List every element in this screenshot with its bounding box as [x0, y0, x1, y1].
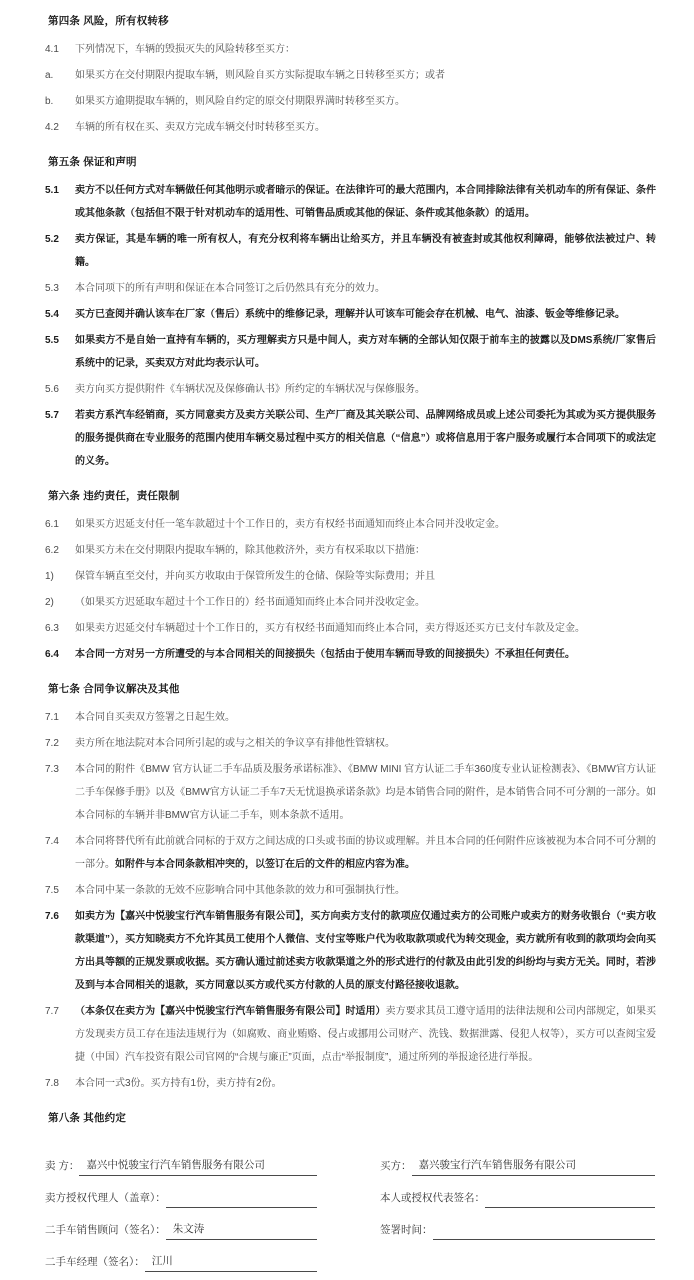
clause-number: 2): [45, 591, 75, 614]
clause-text-segment: 如附件与本合同条款相冲突的，以签订在后的文件的相应内容为准。: [115, 859, 415, 870]
clause-item: 5.7若卖方系汽车经销商，买方同意卖方及卖方关联公司、生产厂商及其关联公司、品牌…: [45, 404, 656, 473]
clause-text-segment: 如果买方未在交付期限内提取车辆的，除其他救济外，卖方有权采取以下措施：: [75, 545, 425, 556]
signature-row: 本人或授权代表签名：: [380, 1186, 655, 1208]
clause-text: 卖方不以任何方式对车辆做任何其他明示或者暗示的保证。在法律许可的最大范围内，本合…: [75, 179, 656, 225]
clause-text-segment: 保管车辆直至交付，并向买方收取由于保管所发生的仓储、保险等实际费用；并且: [75, 571, 435, 582]
clause-item: 7.8本合同一式3份。买方持有1份，卖方持有2份。: [45, 1072, 656, 1095]
clause-text-segment: 本合同中某一条款的无效不应影响合同中其他条款的效力和可强制执行性。: [75, 885, 405, 896]
clause-text: 如果买方逾期提取车辆的，则风险自约定的原交付期限界满时转移至买方。: [75, 90, 656, 113]
clause-item: b.如果买方逾期提取车辆的，则风险自约定的原交付期限界满时转移至买方。: [45, 90, 656, 113]
clause-item: 6.4本合同一方对另一方所遭受的与本合同相关的间接损失（包括由于使用车辆而导致的…: [45, 643, 656, 666]
clause-text-segment: 本合同一式3份。买方持有1份，卖方持有2份。: [75, 1078, 282, 1089]
clause-text-segment: 本合同的附件《BMW 官方认证二手车品质及服务承诺标准》、《BMW MINI 官…: [75, 764, 656, 821]
section-heading: 第四条 风险，所有权转移: [48, 10, 656, 33]
section-heading: 第七条 合同争议解决及其他: [48, 678, 656, 701]
contract-document-page: 第四条 风险，所有权转移4.1下列情况下，车辆的毁损灭失的风险转移至买方：a.如…: [0, 0, 694, 1280]
clause-number: 7.1: [45, 706, 75, 729]
signature-line: [433, 1223, 656, 1240]
clause-text: 本合同的附件《BMW 官方认证二手车品质及服务承诺标准》、《BMW MINI 官…: [75, 758, 656, 827]
clause-text: 本合同将替代所有此前就合同标的于双方之间达成的口头或书面的协议或理解。并且本合同…: [75, 830, 656, 876]
clause-number: 5.1: [45, 179, 75, 225]
clause-item: a.如果买方在交付期限内提取车辆，则风险自买方实际提取车辆之日转移至买方；或者: [45, 64, 656, 87]
signature-label: 签署时间：: [380, 1222, 433, 1240]
clause-number: 7.6: [45, 905, 75, 997]
section-heading: 第五条 保证和声明: [48, 151, 656, 174]
clause-number: 7.5: [45, 879, 75, 902]
signature-label: 卖方授权代理人（盖章）：: [45, 1190, 166, 1208]
clause-number: 4.1: [45, 38, 75, 61]
clause-item: 6.2如果买方未在交付期限内提取车辆的，除其他救济外，卖方有权采取以下措施：: [45, 539, 656, 562]
clause-text-segment: 下列情况下，车辆的毁损灭失的风险转移至买方：: [75, 44, 295, 55]
clause-number: 5.6: [45, 378, 75, 401]
clause-number: 7.3: [45, 758, 75, 827]
signature-line: [166, 1191, 317, 1208]
clause-number: 5.4: [45, 303, 75, 326]
clause-text: 本合同自买卖双方签署之日起生效。: [75, 706, 656, 729]
section-heading: 第八条 其他约定: [48, 1107, 656, 1130]
clause-text: 买方已查阅并确认该车在厂家（售后）系统中的维修记录，理解并认可该车可能会存在机械…: [75, 303, 656, 326]
clause-text-segment: 卖方所在地法院对本合同所引起的或与之相关的争议享有排他性管辖权。: [75, 738, 395, 749]
clause-text-segment: 卖方不以任何方式对车辆做任何其他明示或者暗示的保证。在法律许可的最大范围内，本合…: [75, 185, 656, 219]
contract-clauses: 第四条 风险，所有权转移4.1下列情况下，车辆的毁损灭失的风险转移至买方：a.如…: [0, 0, 694, 1130]
clause-item: 5.5如果卖方不是自始一直持有车辆的，买方理解卖方只是中间人，卖方对车辆的全部认…: [45, 329, 656, 375]
clause-item: 7.7（本条仅在卖方为【嘉兴中悦骏宝行汽车销售服务有限公司】时适用）卖方要求其员…: [45, 1000, 656, 1069]
clause-text-segment: 买方已查阅并确认该车在厂家（售后）系统中的维修记录，理解并认可该车可能会存在机械…: [75, 309, 625, 320]
clause-item: 4.1下列情况下，车辆的毁损灭失的风险转移至买方：: [45, 38, 656, 61]
clause-number: 7.4: [45, 830, 75, 876]
clause-item: 7.2卖方所在地法院对本合同所引起的或与之相关的争议享有排他性管辖权。: [45, 732, 656, 755]
clause-item: 7.6如卖方为【嘉兴中悦骏宝行汽车销售服务有限公司】，买方向卖方支付的款项应仅通…: [45, 905, 656, 997]
clause-text-segment: （如果买方迟延取车超过十个工作日的）经书面通知而终止本合同并没收定金。: [75, 597, 425, 608]
clause-text-segment: 如果卖方不是自始一直持有车辆的，买方理解卖方只是中间人，卖方对车辆的全部认知仅限…: [75, 335, 656, 369]
signature-line: [485, 1191, 655, 1208]
clause-text-segment: 卖方保证，其是车辆的唯一所有权人，有充分权利将车辆出让给买方，并且车辆没有被查封…: [75, 234, 656, 268]
clause-number: 1): [45, 565, 75, 588]
signature-row: 卖方授权代理人（盖章）：: [45, 1186, 317, 1208]
signature-section: 卖 方：嘉兴中悦骏宝行汽车销售服务有限公司卖方授权代理人（盖章）：二手车销售顾问…: [45, 1154, 655, 1280]
clause-item: 6.3如果卖方迟延交付车辆超过十个工作日的，买方有权经书面通知而终止本合同，卖方…: [45, 617, 656, 640]
signature-line: 朱文涛: [166, 1221, 317, 1240]
clause-item: 5.3本合同项下的所有声明和保证在本合同签订之后仍然具有充分的效力。: [45, 277, 656, 300]
signature-row: 二手车经理（签名）：江川: [45, 1250, 317, 1272]
signature-line: 江川: [145, 1253, 317, 1272]
clause-text-segment: 车辆的所有权在买、卖双方完成车辆交付时转移至买方。: [75, 122, 325, 133]
clause-item: 7.4本合同将替代所有此前就合同标的于双方之间达成的口头或书面的协议或理解。并且…: [45, 830, 656, 876]
signature-label: 本人或授权代表签名：: [380, 1190, 485, 1208]
signature-value: 嘉兴中悦骏宝行汽车销售服务有限公司: [86, 1159, 265, 1171]
clause-item: 5.6卖方向买方提供附件《车辆状况及保修确认书》所约定的车辆状况与保修服务。: [45, 378, 656, 401]
clause-number: 5.5: [45, 329, 75, 375]
clause-number: 5.7: [45, 404, 75, 473]
signature-label: 买方：: [380, 1158, 412, 1176]
clause-item: 7.1本合同自买卖双方签署之日起生效。: [45, 706, 656, 729]
clause-item: 5.1卖方不以任何方式对车辆做任何其他明示或者暗示的保证。在法律许可的最大范围内…: [45, 179, 656, 225]
clause-number: a.: [45, 64, 75, 87]
clause-number: 7.7: [45, 1000, 75, 1069]
clause-item: 6.1如果买方迟延支付任一笔车款超过十个工作日的，卖方有权经书面通知而终止本合同…: [45, 513, 656, 536]
signature-column-seller: 卖 方：嘉兴中悦骏宝行汽车销售服务有限公司卖方授权代理人（盖章）：二手车销售顾问…: [45, 1154, 317, 1280]
clause-text: 若卖方系汽车经销商，买方同意卖方及卖方关联公司、生产厂商及其关联公司、品牌网络成…: [75, 404, 656, 473]
signature-value: 江川: [152, 1255, 173, 1267]
clause-item: 7.3本合同的附件《BMW 官方认证二手车品质及服务承诺标准》、《BMW MIN…: [45, 758, 656, 827]
clause-text-segment: 若卖方系汽车经销商，买方同意卖方及卖方关联公司、生产厂商及其关联公司、品牌网络成…: [75, 410, 656, 467]
clause-number: b.: [45, 90, 75, 113]
clause-text: 如果买方未在交付期限内提取车辆的，除其他救济外，卖方有权采取以下措施：: [75, 539, 656, 562]
section-heading: 第六条 违约责任，责任限制: [48, 485, 656, 508]
clause-text: 卖方所在地法院对本合同所引起的或与之相关的争议享有排他性管辖权。: [75, 732, 656, 755]
signature-line: 嘉兴中悦骏宝行汽车销售服务有限公司: [79, 1157, 317, 1176]
clause-text-segment: 如果买方逾期提取车辆的，则风险自约定的原交付期限界满时转移至买方。: [75, 96, 405, 107]
clause-number: 6.2: [45, 539, 75, 562]
signature-row: 签署时间：: [380, 1218, 655, 1240]
clause-number: 4.2: [45, 116, 75, 139]
clause-text: 车辆的所有权在买、卖双方完成车辆交付时转移至买方。: [75, 116, 656, 139]
clause-item: 5.2卖方保证，其是车辆的唯一所有权人，有充分权利将车辆出让给买方，并且车辆没有…: [45, 228, 656, 274]
clause-text: 如果卖方不是自始一直持有车辆的，买方理解卖方只是中间人，卖方对车辆的全部认知仅限…: [75, 329, 656, 375]
clause-text-segment: 如果买方在交付期限内提取车辆，则风险自买方实际提取车辆之日转移至买方；或者: [75, 70, 445, 81]
clause-text-segment: 本合同项下的所有声明和保证在本合同签订之后仍然具有充分的效力。: [75, 283, 385, 294]
clause-text-segment: 卖方向买方提供附件《车辆状况及保修确认书》所约定的车辆状况与保修服务。: [75, 384, 425, 395]
clause-text-segment: 如卖方为【嘉兴中悦骏宝行汽车销售服务有限公司】，买方向卖方支付的款项应仅通过卖方…: [75, 911, 656, 991]
clause-text: 本合同中某一条款的无效不应影响合同中其他条款的效力和可强制执行性。: [75, 879, 656, 902]
clause-text-segment: （本条仅在卖方为【嘉兴中悦骏宝行汽车销售服务有限公司】时适用）: [75, 1006, 386, 1017]
clause-item: 5.4买方已查阅并确认该车在厂家（售后）系统中的维修记录，理解并认可该车可能会存…: [45, 303, 656, 326]
clause-text: 保管车辆直至交付，并向买方收取由于保管所发生的仓储、保险等实际费用；并且: [75, 565, 656, 588]
clause-text: （本条仅在卖方为【嘉兴中悦骏宝行汽车销售服务有限公司】时适用）卖方要求其员工遵守…: [75, 1000, 656, 1069]
clause-text-segment: 本合同一方对另一方所遭受的与本合同相关的间接损失（包括由于使用车辆而导致的间接损…: [75, 649, 575, 660]
clause-text: 本合同一方对另一方所遭受的与本合同相关的间接损失（包括由于使用车辆而导致的间接损…: [75, 643, 656, 666]
clause-text-segment: 如果买方迟延支付任一笔车款超过十个工作日的，卖方有权经书面通知而终止本合同并没收…: [75, 519, 505, 530]
clause-text-segment: 如果卖方迟延交付车辆超过十个工作日的，买方有权经书面通知而终止本合同，卖方得返还…: [75, 623, 585, 634]
clause-text: （如果买方迟延取车超过十个工作日的）经书面通知而终止本合同并没收定金。: [75, 591, 656, 614]
clause-item: 4.2车辆的所有权在买、卖双方完成车辆交付时转移至买方。: [45, 116, 656, 139]
clause-number: 6.1: [45, 513, 75, 536]
signature-value: 嘉兴骏宝行汽车销售服务有限公司: [419, 1159, 577, 1171]
clause-number: 5.2: [45, 228, 75, 274]
signature-value: 朱文涛: [173, 1223, 205, 1235]
clause-text-segment: 本合同自买卖双方签署之日起生效。: [75, 712, 235, 723]
signature-label: 二手车销售顾问（签名）：: [45, 1222, 166, 1240]
clause-item: 2)（如果买方迟延取车超过十个工作日的）经书面通知而终止本合同并没收定金。: [45, 591, 656, 614]
clause-number: 5.3: [45, 277, 75, 300]
clause-text: 如果买方迟延支付任一笔车款超过十个工作日的，卖方有权经书面通知而终止本合同并没收…: [75, 513, 656, 536]
clause-item: 7.5本合同中某一条款的无效不应影响合同中其他条款的效力和可强制执行性。: [45, 879, 656, 902]
clause-number: 7.2: [45, 732, 75, 755]
clause-text: 如卖方为【嘉兴中悦骏宝行汽车销售服务有限公司】，买方向卖方支付的款项应仅通过卖方…: [75, 905, 656, 997]
clause-text: 下列情况下，车辆的毁损灭失的风险转移至买方：: [75, 38, 656, 61]
signature-row: 二手车销售顾问（签名）：朱文涛: [45, 1218, 317, 1240]
clause-number: 7.8: [45, 1072, 75, 1095]
clause-number: 6.3: [45, 617, 75, 640]
clause-item: 1)保管车辆直至交付，并向买方收取由于保管所发生的仓储、保险等实际费用；并且: [45, 565, 656, 588]
clause-text: 本合同一式3份。买方持有1份，卖方持有2份。: [75, 1072, 656, 1095]
signature-row: 买方：嘉兴骏宝行汽车销售服务有限公司: [380, 1154, 655, 1176]
signature-column-buyer: 买方：嘉兴骏宝行汽车销售服务有限公司本人或授权代表签名：签署时间：: [380, 1154, 655, 1280]
clause-number: 6.4: [45, 643, 75, 666]
clause-text: 如果卖方迟延交付车辆超过十个工作日的，买方有权经书面通知而终止本合同，卖方得返还…: [75, 617, 656, 640]
signature-line: 嘉兴骏宝行汽车销售服务有限公司: [412, 1157, 656, 1176]
clause-text: 卖方保证，其是车辆的唯一所有权人，有充分权利将车辆出让给买方，并且车辆没有被查封…: [75, 228, 656, 274]
signature-label: 卖 方：: [45, 1158, 79, 1176]
signature-label: 二手车经理（签名）：: [45, 1254, 145, 1272]
clause-text: 如果买方在交付期限内提取车辆，则风险自买方实际提取车辆之日转移至买方；或者: [75, 64, 656, 87]
clause-text: 本合同项下的所有声明和保证在本合同签订之后仍然具有充分的效力。: [75, 277, 656, 300]
signature-row: 卖 方：嘉兴中悦骏宝行汽车销售服务有限公司: [45, 1154, 317, 1176]
clause-text: 卖方向买方提供附件《车辆状况及保修确认书》所约定的车辆状况与保修服务。: [75, 378, 656, 401]
